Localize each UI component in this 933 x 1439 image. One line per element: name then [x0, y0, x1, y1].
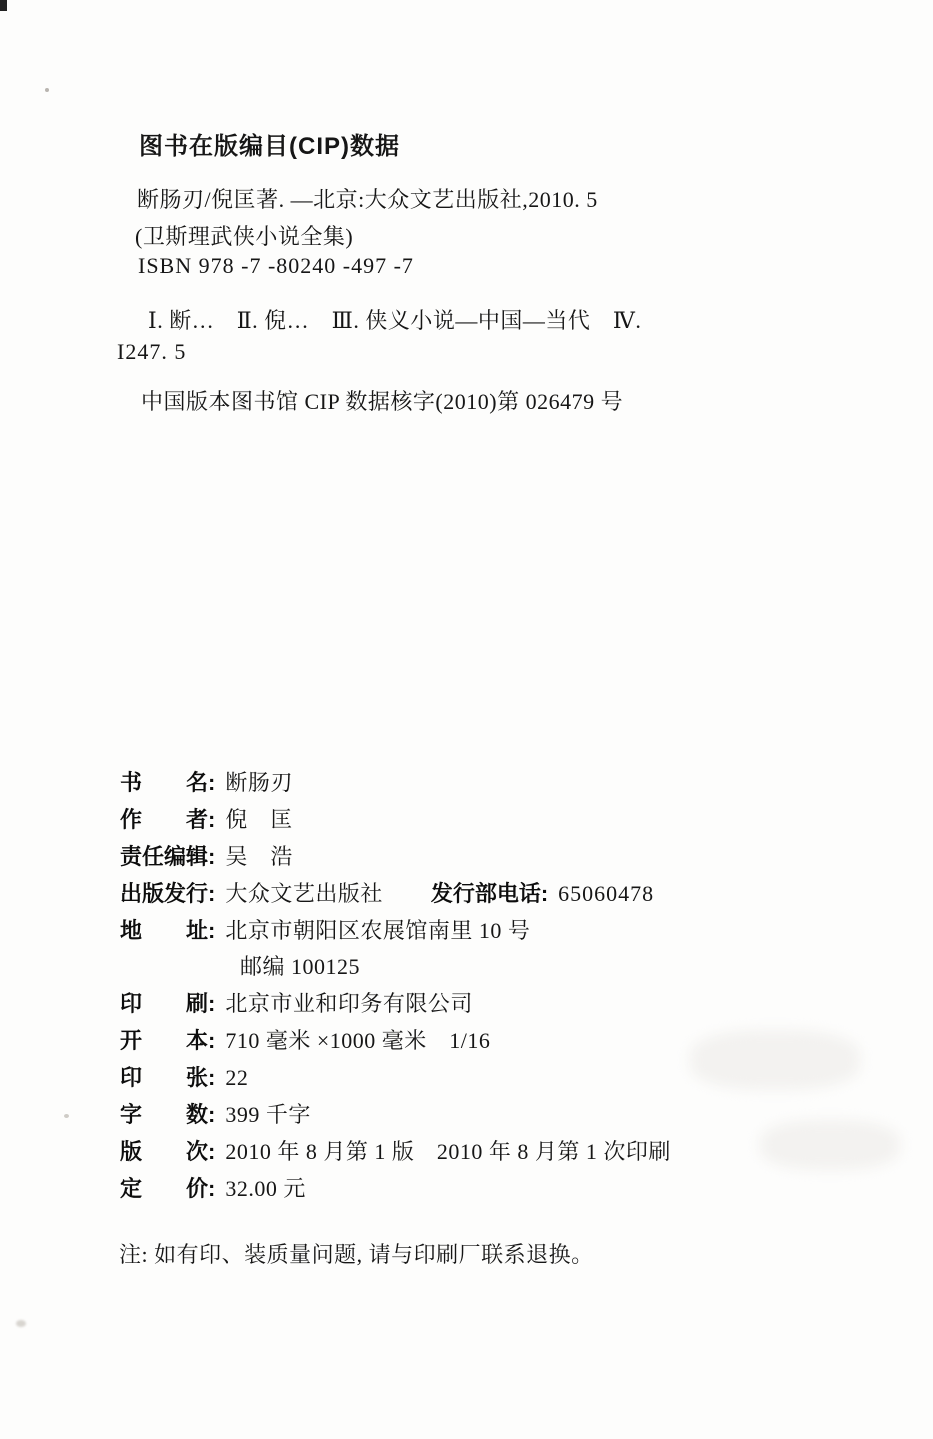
field-value: 断肠刃 — [225, 770, 293, 796]
colophon-row-price: 定 价: 32.00 元 — [120, 1176, 860, 1202]
scan-speck — [64, 1114, 69, 1118]
cip-classification-line1: Ⅰ. 断… Ⅱ. 倪… Ⅲ. 侠义小说—中国—当代 Ⅳ. — [148, 304, 641, 335]
field-label: 定 价: — [120, 1176, 215, 1202]
colophon-row-edition: 版 次: 2010 年 8 月第 1 版 2010 年 8 月第 1 次印刷 — [120, 1139, 860, 1165]
field-label: 字 数: — [120, 1102, 215, 1128]
postal-code-line: 邮编 100125 — [240, 954, 860, 980]
book-copyright-page: 图书在版编目(CIP)数据 断肠刃/倪匡著. —北京:大众文艺出版社,2010.… — [0, 0, 933, 1439]
field-label: 作 者: — [120, 807, 215, 833]
colophon-row-address: 地 址: 北京市朝阳区农展馆南里 10 号 — [120, 918, 860, 944]
field-label: 版 次: — [120, 1139, 215, 1165]
colophon-row-book-title: 书 名: 断肠刃 — [120, 770, 860, 796]
field-value: 倪 匡 — [225, 807, 293, 833]
quality-note: 注: 如有印、装质量问题, 请与印刷厂联系退换。 — [119, 1238, 594, 1269]
phone-number: 65060478 — [558, 881, 654, 907]
cip-catalog-entry: 断肠刃/倪匡著. —北京:大众文艺出版社,2010. 5 — [137, 183, 598, 214]
cip-record-number: 中国版本图书馆 CIP 数据核字(2010)第 026479 号 — [141, 385, 623, 416]
field-value: 吴 浩 — [225, 844, 293, 870]
field-label: 出版发行: — [120, 881, 215, 907]
phone-label: 发行部电话: — [431, 881, 548, 907]
colophon-row-format: 开 本: 710 毫米 ×1000 毫米 1/16 — [120, 1028, 860, 1054]
field-value: 北京市业和印务有限公司 — [225, 991, 473, 1017]
field-value: 2010 年 8 月第 1 版 2010 年 8 月第 1 次印刷 — [225, 1139, 671, 1165]
colophon-row-editor: 责任编辑: 吴 浩 — [120, 844, 860, 870]
field-label: 地 址: — [120, 918, 215, 944]
colophon-row-author: 作 者: 倪 匡 — [120, 807, 860, 833]
field-value: 710 毫米 ×1000 毫米 1/16 — [225, 1028, 490, 1054]
field-value: 399 千字 — [225, 1102, 311, 1128]
field-value: 大众文艺出版社 — [225, 881, 383, 907]
field-value: 北京市朝阳区农展馆南里 10 号 — [225, 918, 530, 944]
colophon-row-publisher: 出版发行: 大众文艺出版社 发行部电话: 65060478 — [120, 881, 860, 907]
isbn-number: ISBN 978 -7 -80240 -497 -7 — [138, 253, 414, 279]
colophon-row-sheets: 印 张: 22 — [120, 1065, 860, 1091]
field-value: 32.00 元 — [225, 1176, 306, 1202]
colophon-block: 书 名: 断肠刃 作 者: 倪 匡 责任编辑: 吴 浩 出版发行: 大众文艺出版… — [120, 770, 860, 1213]
scan-corner-artifact — [0, 0, 7, 11]
colophon-row-wordcount: 字 数: 399 千字 — [120, 1102, 860, 1128]
colophon-row-printer: 印 刷: 北京市业和印务有限公司 — [120, 991, 860, 1017]
scan-smudge — [16, 1320, 26, 1327]
field-label: 开 本: — [120, 1028, 215, 1054]
field-value: 22 — [225, 1065, 248, 1091]
cip-series-title: (卫斯理武侠小说全集) — [135, 220, 353, 251]
scan-speck — [45, 88, 49, 92]
field-label: 印 张: — [120, 1065, 215, 1091]
cip-heading: 图书在版编目(CIP)数据 — [139, 126, 400, 161]
cip-classification-line2: I247. 5 — [117, 339, 186, 365]
field-label: 责任编辑: — [120, 844, 215, 870]
field-label: 印 刷: — [120, 991, 215, 1017]
field-label: 书 名: — [120, 770, 215, 796]
